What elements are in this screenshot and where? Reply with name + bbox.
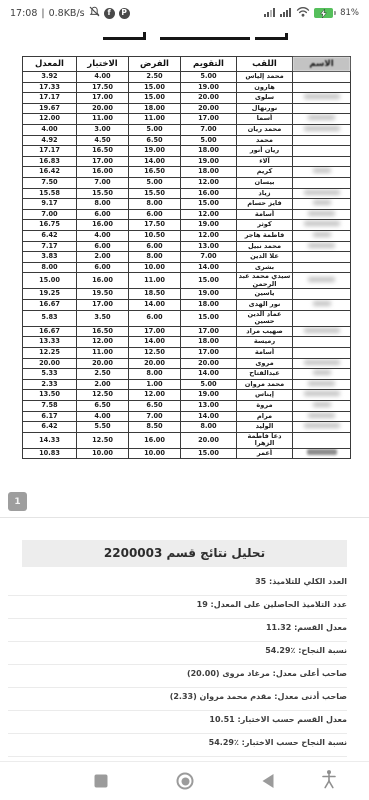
cell-surname: فاطمة هاجر [237, 230, 293, 241]
cell-surname: دعا فاطمة الزهرا [237, 432, 293, 448]
cell-ikhtibar: 8.00 [77, 199, 129, 210]
cell-surname: أسامة [237, 209, 293, 220]
cell-taqwim: 16.00 [181, 188, 237, 199]
cell-surname: أعمر [237, 448, 293, 459]
cell-ikhtibar: 17.00 [77, 156, 129, 167]
cell-moadal: 15.58 [23, 188, 77, 199]
table-row: زياد16.0015.5015.5015.58 [23, 188, 351, 199]
table-row: أسامة12.006.006.007.00 [23, 209, 351, 220]
cell-fard: 15.50 [129, 188, 181, 199]
cell-taqwim: 12.00 [181, 230, 237, 241]
redaction-smudge [313, 370, 331, 375]
cell-taqwim: 20.00 [181, 358, 237, 369]
stat-row: صاحب أدنى معدل: مقدم محمد مروان (2.33) [8, 688, 347, 711]
cell-name-redacted [293, 411, 351, 422]
cell-taqwim: 7.00 [181, 252, 237, 263]
cell-fard: 14.00 [129, 337, 181, 348]
redaction-smudge [313, 402, 331, 407]
cell-surname: هارون [237, 82, 293, 93]
cell-ikhtibar: 7.00 [77, 177, 129, 188]
cell-surname: زياد [237, 188, 293, 199]
cell-fard: 2.50 [129, 72, 181, 83]
cell-moadal: 15.00 [23, 273, 77, 289]
cell-fard: 8.00 [129, 199, 181, 210]
cell-moadal: 10.83 [23, 448, 77, 459]
cell-moadal: 19.25 [23, 289, 77, 300]
redaction-smudge [304, 126, 340, 131]
cell-name-redacted [293, 177, 351, 188]
section-divider [0, 517, 369, 518]
stat-row: عدد التلاميذ الحاصلين على المعدل: 19 [8, 596, 347, 619]
cell-moadal: 4.92 [23, 135, 77, 146]
cell-name-redacted [293, 273, 351, 289]
cell-taqwim: 5.00 [181, 135, 237, 146]
cell-fard: 6.00 [129, 209, 181, 220]
table-row: نور الهدى18.0014.0017.0016.67 [23, 300, 351, 311]
cell-name-redacted [293, 156, 351, 167]
cell-surname: سلوى [237, 93, 293, 104]
cell-surname: نور الهدى [237, 300, 293, 311]
table-row: سلوى20.0015.0017.0017.17 [23, 93, 351, 104]
cell-moadal: 3.83 [23, 252, 77, 263]
cell-taqwim: 13.00 [181, 241, 237, 252]
cell-fard: 11.00 [129, 114, 181, 125]
table-row: علا الدين7.008.002.003.83 [23, 252, 351, 263]
cell-taqwim: 15.00 [181, 448, 237, 459]
table-row: محمد مروان5.001.002.002.33 [23, 379, 351, 390]
cell-taqwim: 5.00 [181, 72, 237, 83]
cell-ikhtibar: 15.50 [77, 188, 129, 199]
cell-taqwim: 14.00 [181, 411, 237, 422]
header-fard: الفرض [129, 57, 181, 72]
cell-fard: 12.50 [129, 347, 181, 358]
cell-ikhtibar: 16.50 [77, 146, 129, 157]
cell-fard: 15.00 [129, 82, 181, 93]
cell-fard: 16.50 [129, 167, 181, 178]
table-row: محمد إلياس5.002.504.003.92 [23, 72, 351, 83]
cell-name-redacted [293, 369, 351, 380]
cell-name-redacted [293, 337, 351, 348]
cellular-signal-icon [280, 7, 292, 20]
header-taqwim: التقويم [181, 57, 237, 72]
cell-name-redacted [293, 262, 351, 273]
cell-name-redacted [293, 93, 351, 104]
cell-taqwim: 13.00 [181, 400, 237, 411]
cell-surname: الوليد [237, 422, 293, 433]
cell-surname: أسامة [237, 347, 293, 358]
cell-ikhtibar: 6.00 [77, 262, 129, 273]
stats-list: العدد الكلي للتلاميذ: 35عدد التلاميذ الح… [8, 573, 347, 757]
cell-name-redacted [293, 241, 351, 252]
cell-surname: بيسان [237, 177, 293, 188]
cell-fard: 18.50 [129, 289, 181, 300]
cell-taqwim: 19.00 [181, 82, 237, 93]
cell-moadal: 5.83 [23, 310, 77, 326]
cell-taqwim: 5.00 [181, 379, 237, 390]
cell-name-redacted [293, 124, 351, 135]
cell-moadal: 14.33 [23, 432, 77, 448]
status-left: 17:08 | 0.8KB/s f P [10, 6, 130, 20]
cell-taqwim: 17.00 [181, 347, 237, 358]
cell-taqwim: 17.00 [181, 114, 237, 125]
cell-name-redacted [293, 310, 351, 326]
cell-name-redacted [293, 390, 351, 401]
table-row: محمد ريان7.005.003.004.00 [23, 124, 351, 135]
redaction-smudge [308, 211, 335, 216]
status-right: 81% [264, 6, 359, 20]
cell-moadal: 7.50 [23, 177, 77, 188]
cell-taqwim: 18.00 [181, 300, 237, 311]
redaction-smudge [313, 168, 331, 173]
redaction-smudge [308, 413, 335, 418]
cell-surname: مروة [237, 400, 293, 411]
vibrate-muted-icon [89, 6, 100, 20]
cell-taqwim: 18.00 [181, 146, 237, 157]
cell-ikhtibar: 19.50 [77, 289, 129, 300]
cell-moadal: 16.83 [23, 156, 77, 167]
cell-fard: 14.00 [129, 156, 181, 167]
cell-surname: مرام [237, 411, 293, 422]
cell-fard: 6.50 [129, 135, 181, 146]
cell-fard: 12.00 [129, 390, 181, 401]
cell-fard: 1.00 [129, 379, 181, 390]
analysis-title: تحليل نتائج قسم 2200003 [22, 540, 347, 567]
redaction-smudge [304, 360, 340, 365]
cell-ikhtibar: 2.00 [77, 379, 129, 390]
cell-ikhtibar: 17.50 [77, 82, 129, 93]
cell-taqwim: 14.00 [181, 369, 237, 380]
table-row: دعا فاطمة الزهرا20.0016.0012.5014.33 [23, 432, 351, 448]
redaction-smudge [313, 232, 331, 237]
redaction-smudge [304, 328, 340, 333]
cell-taqwim: 15.00 [181, 273, 237, 289]
accessibility-icon[interactable] [321, 770, 337, 793]
cell-fard: 10.00 [129, 262, 181, 273]
cell-surname: محمد مروان [237, 379, 293, 390]
redaction-smudge [308, 115, 335, 120]
cell-moadal: 16.67 [23, 326, 77, 337]
cell-name-redacted [293, 146, 351, 157]
cell-taqwim: 14.00 [181, 262, 237, 273]
stat-row: نسبة النجاح: ٪54.29 [8, 642, 347, 665]
cell-moadal: 17.17 [23, 93, 77, 104]
cell-moadal: 3.92 [23, 72, 77, 83]
cell-ikhtibar: 11.00 [77, 114, 129, 125]
cell-surname: محمد ريان [237, 124, 293, 135]
cell-surname: نورنهال [237, 103, 293, 114]
analysis-section: تحليل نتائج قسم 2200003 العدد الكلي للتل… [0, 540, 369, 757]
cell-surname: محمد إلياس [237, 72, 293, 83]
redaction-smudge [313, 200, 331, 205]
header-moadal: المعدل [23, 57, 77, 72]
cell-ikhtibar: 5.50 [77, 422, 129, 433]
cell-taqwim: 19.00 [181, 390, 237, 401]
cell-fard: 20.00 [129, 358, 181, 369]
redaction-smudge [304, 221, 340, 226]
cell-name-redacted [293, 326, 351, 337]
cell-moadal: 6.42 [23, 422, 77, 433]
cell-ikhtibar: 12.00 [77, 337, 129, 348]
table-row: أسامة17.0012.5011.0012.25 [23, 347, 351, 358]
cell-moadal: 6.17 [23, 411, 77, 422]
table-row: بيسان12.005.007.007.50 [23, 177, 351, 188]
redaction-smudge [304, 391, 340, 396]
clock-text: 17:08 [10, 8, 37, 19]
header-surname: اللقب [237, 57, 293, 72]
cell-name-redacted [293, 114, 351, 125]
cell-taqwim: 18.00 [181, 167, 237, 178]
cell-surname: علا الدين [237, 252, 293, 263]
cell-name-redacted [293, 358, 351, 369]
status-bar: 17:08 | 0.8KB/s f P [0, 0, 369, 26]
cell-name-redacted [293, 220, 351, 231]
cell-moadal: 9.17 [23, 199, 77, 210]
cell-name-redacted [293, 347, 351, 358]
table-row: أعمر15.0010.0010.0010.83 [23, 448, 351, 459]
clipped-document-title [103, 32, 333, 42]
battery-percent-text: 81% [340, 8, 359, 18]
redaction-smudge [313, 301, 331, 306]
table-row: ريان أنور18.0019.0016.5017.17 [23, 146, 351, 157]
cell-ikhtibar: 16.00 [77, 167, 129, 178]
cell-moadal: 7.58 [23, 400, 77, 411]
cell-ikhtibar: 4.00 [77, 230, 129, 241]
cell-name-redacted [293, 422, 351, 433]
cell-fard: 11.00 [129, 273, 181, 289]
cell-moadal: 16.67 [23, 300, 77, 311]
cell-fard: 17.00 [129, 326, 181, 337]
cell-ikhtibar: 16.50 [77, 326, 129, 337]
cell-name-redacted [293, 188, 351, 199]
redaction-smudge [308, 381, 335, 386]
cell-fard: 6.00 [129, 241, 181, 252]
cell-moadal: 6.42 [23, 230, 77, 241]
phone-screen: 17:08 | 0.8KB/s f P [0, 0, 369, 800]
cell-ikhtibar: 2.00 [77, 252, 129, 263]
cell-fard: 18.00 [129, 103, 181, 114]
table-row: مرام14.007.004.006.17 [23, 411, 351, 422]
cell-fard: 8.00 [129, 252, 181, 263]
cellular-signal-icon [264, 7, 276, 20]
battery-charging-icon [314, 8, 336, 18]
cell-ikhtibar: 12.50 [77, 390, 129, 401]
cell-name-redacted [293, 289, 351, 300]
status-separator: | [41, 8, 44, 19]
table-row: رميسة18.0014.0012.0013.33 [23, 337, 351, 348]
back-icon[interactable] [263, 774, 274, 788]
table-row: أسما17.0011.0011.0012.00 [23, 114, 351, 125]
table-row: محمد5.006.504.504.92 [23, 135, 351, 146]
table-header-row: الاسم اللقب التقويم الفرض الاختبار المعد… [23, 57, 351, 72]
table-row: هارون19.0015.0017.5017.33 [23, 82, 351, 93]
table-row: الوليد8.008.505.506.42 [23, 422, 351, 433]
cell-fard: 10.50 [129, 230, 181, 241]
cell-ikhtibar: 20.00 [77, 358, 129, 369]
cell-name-redacted [293, 400, 351, 411]
cell-surname: آلاء [237, 156, 293, 167]
table-row: بشرى14.0010.006.008.00 [23, 262, 351, 273]
redaction-smudge [304, 94, 340, 99]
cell-moadal: 2.33 [23, 379, 77, 390]
cell-moadal: 17.17 [23, 146, 77, 157]
cell-taqwim: 18.00 [181, 337, 237, 348]
cell-taqwim: 15.00 [181, 310, 237, 326]
cell-taqwim: 7.00 [181, 124, 237, 135]
cell-taqwim: 20.00 [181, 93, 237, 104]
recents-icon[interactable] [95, 775, 108, 788]
table-row: صهيب مراد17.0017.0016.5016.67 [23, 326, 351, 337]
cell-fard: 15.00 [129, 93, 181, 104]
cell-fard: 8.00 [129, 369, 181, 380]
cell-name-redacted [293, 135, 351, 146]
cell-moadal: 16.75 [23, 220, 77, 231]
cell-fard: 14.00 [129, 300, 181, 311]
cell-surname: ريان أنور [237, 146, 293, 157]
cell-taqwim: 19.00 [181, 220, 237, 231]
cell-fard: 7.00 [129, 411, 181, 422]
redaction-smudge [307, 449, 337, 455]
cell-moadal: 7.00 [23, 209, 77, 220]
cell-surname: أسما [237, 114, 293, 125]
table-row: آلاء19.0014.0017.0016.83 [23, 156, 351, 167]
cell-name-redacted [293, 230, 351, 241]
cell-name-redacted [293, 209, 351, 220]
cell-surname: عبدالفتاح [237, 369, 293, 380]
cell-ikhtibar: 6.00 [77, 241, 129, 252]
cell-taqwim: 19.00 [181, 156, 237, 167]
cell-surname: ياسين [237, 289, 293, 300]
table-row: إيناس19.0012.0012.5013.50 [23, 390, 351, 401]
cell-fard: 19.00 [129, 146, 181, 157]
cell-ikhtibar: 11.00 [77, 347, 129, 358]
cell-name-redacted [293, 103, 351, 114]
document-page: الاسم اللقب التقويم الفرض الاختبار المعد… [0, 26, 369, 517]
cell-fard: 17.50 [129, 220, 181, 231]
cell-surname: بشرى [237, 262, 293, 273]
cell-ikhtibar: 3.00 [77, 124, 129, 135]
cell-ikhtibar: 6.00 [77, 209, 129, 220]
cell-ikhtibar: 12.50 [77, 432, 129, 448]
header-ikhtibar: الاختبار [77, 57, 129, 72]
grades-tbody: محمد إلياس5.002.504.003.92هارون19.0015.0… [23, 72, 351, 459]
cell-name-redacted [293, 167, 351, 178]
cell-fard: 6.50 [129, 400, 181, 411]
cell-moadal: 4.00 [23, 124, 77, 135]
cell-name-redacted [293, 448, 351, 459]
p-badge-icon: P [119, 8, 130, 19]
cell-name-redacted [293, 300, 351, 311]
grades-table: الاسم اللقب التقويم الفرض الاختبار المعد… [22, 56, 351, 459]
table-row: محمد نبيل13.006.006.007.17 [23, 241, 351, 252]
cell-surname: فايز حسام [237, 199, 293, 210]
table-row: كوثر19.0017.5016.0016.75 [23, 220, 351, 231]
table-row: كريم18.0016.5016.0016.42 [23, 167, 351, 178]
wifi-icon [296, 6, 310, 20]
table-row: فاطمة هاجر12.0010.504.006.42 [23, 230, 351, 241]
table-row: فايز حسام15.008.008.009.17 [23, 199, 351, 210]
cell-name-redacted [293, 252, 351, 263]
cell-name-redacted [293, 199, 351, 210]
cell-surname: إيناس [237, 390, 293, 401]
cell-taqwim: 17.00 [181, 326, 237, 337]
cell-moadal: 8.00 [23, 262, 77, 273]
redaction-smudge [304, 190, 340, 195]
cell-fard: 16.00 [129, 432, 181, 448]
cell-ikhtibar: 17.00 [77, 300, 129, 311]
cell-taqwim: 20.00 [181, 103, 237, 114]
cell-surname: عماد الدين حسين [237, 310, 293, 326]
cell-taqwim: 20.00 [181, 432, 237, 448]
cell-surname: كوثر [237, 220, 293, 231]
navigation-bar [0, 761, 369, 800]
cell-fard: 6.00 [129, 310, 181, 326]
cell-taqwim: 12.00 [181, 209, 237, 220]
cell-moadal: 7.17 [23, 241, 77, 252]
table-row: ياسين19.0018.5019.5019.25 [23, 289, 351, 300]
cell-fard: 8.50 [129, 422, 181, 433]
home-icon[interactable] [177, 773, 194, 790]
table-row: عبدالفتاح14.008.002.505.33 [23, 369, 351, 380]
cell-surname: مروى [237, 358, 293, 369]
cell-moadal: 17.33 [23, 82, 77, 93]
cell-name-redacted [293, 379, 351, 390]
cell-ikhtibar: 17.00 [77, 93, 129, 104]
cell-ikhtibar: 4.00 [77, 72, 129, 83]
cell-fard: 10.00 [129, 448, 181, 459]
cell-ikhtibar: 2.50 [77, 369, 129, 380]
cell-moadal: 19.67 [23, 103, 77, 114]
stat-row: العدد الكلي للتلاميذ: 35 [8, 573, 347, 596]
cell-ikhtibar: 16.00 [77, 273, 129, 289]
cell-ikhtibar: 4.00 [77, 411, 129, 422]
cell-moadal: 5.33 [23, 369, 77, 380]
stat-row: صاحب أعلى معدل: مرغاد مروى (20.00) [8, 665, 347, 688]
table-row: مروة13.006.506.507.58 [23, 400, 351, 411]
redaction-smudge [304, 423, 340, 428]
cell-fard: 5.00 [129, 124, 181, 135]
table-row: سيدي محمد عبد الرحمن15.0011.0016.0015.00 [23, 273, 351, 289]
cell-surname: كريم [237, 167, 293, 178]
header-name: الاسم [293, 57, 351, 72]
cell-ikhtibar: 20.00 [77, 103, 129, 114]
cell-ikhtibar: 3.50 [77, 310, 129, 326]
cell-moadal: 16.42 [23, 167, 77, 178]
cell-taqwim: 8.00 [181, 422, 237, 433]
page-number-badge[interactable]: 1 [8, 492, 27, 511]
cell-moadal: 12.25 [23, 347, 77, 358]
stat-row: نسبة النجاح حسب الاختبار: ٪54.29 [8, 734, 347, 757]
cell-name-redacted [293, 72, 351, 83]
cell-ikhtibar: 6.50 [77, 400, 129, 411]
cell-moadal: 12.00 [23, 114, 77, 125]
cell-fard: 5.00 [129, 177, 181, 188]
cell-taqwim: 19.00 [181, 289, 237, 300]
facebook-badge-icon: f [104, 8, 115, 19]
cell-surname: صهيب مراد [237, 326, 293, 337]
cell-ikhtibar: 10.00 [77, 448, 129, 459]
cell-taqwim: 15.00 [181, 199, 237, 210]
cell-name-redacted [293, 82, 351, 93]
stat-row: معدل القسم: 11.32 [8, 619, 347, 642]
cell-ikhtibar: 16.00 [77, 220, 129, 231]
cell-surname: رميسة [237, 337, 293, 348]
cell-name-redacted [293, 432, 351, 448]
cell-surname: سيدي محمد عبد الرحمن [237, 273, 293, 289]
cell-taqwim: 12.00 [181, 177, 237, 188]
cell-moadal: 13.33 [23, 337, 77, 348]
table-row: عماد الدين حسين15.006.003.505.83 [23, 310, 351, 326]
cell-moadal: 13.50 [23, 390, 77, 401]
